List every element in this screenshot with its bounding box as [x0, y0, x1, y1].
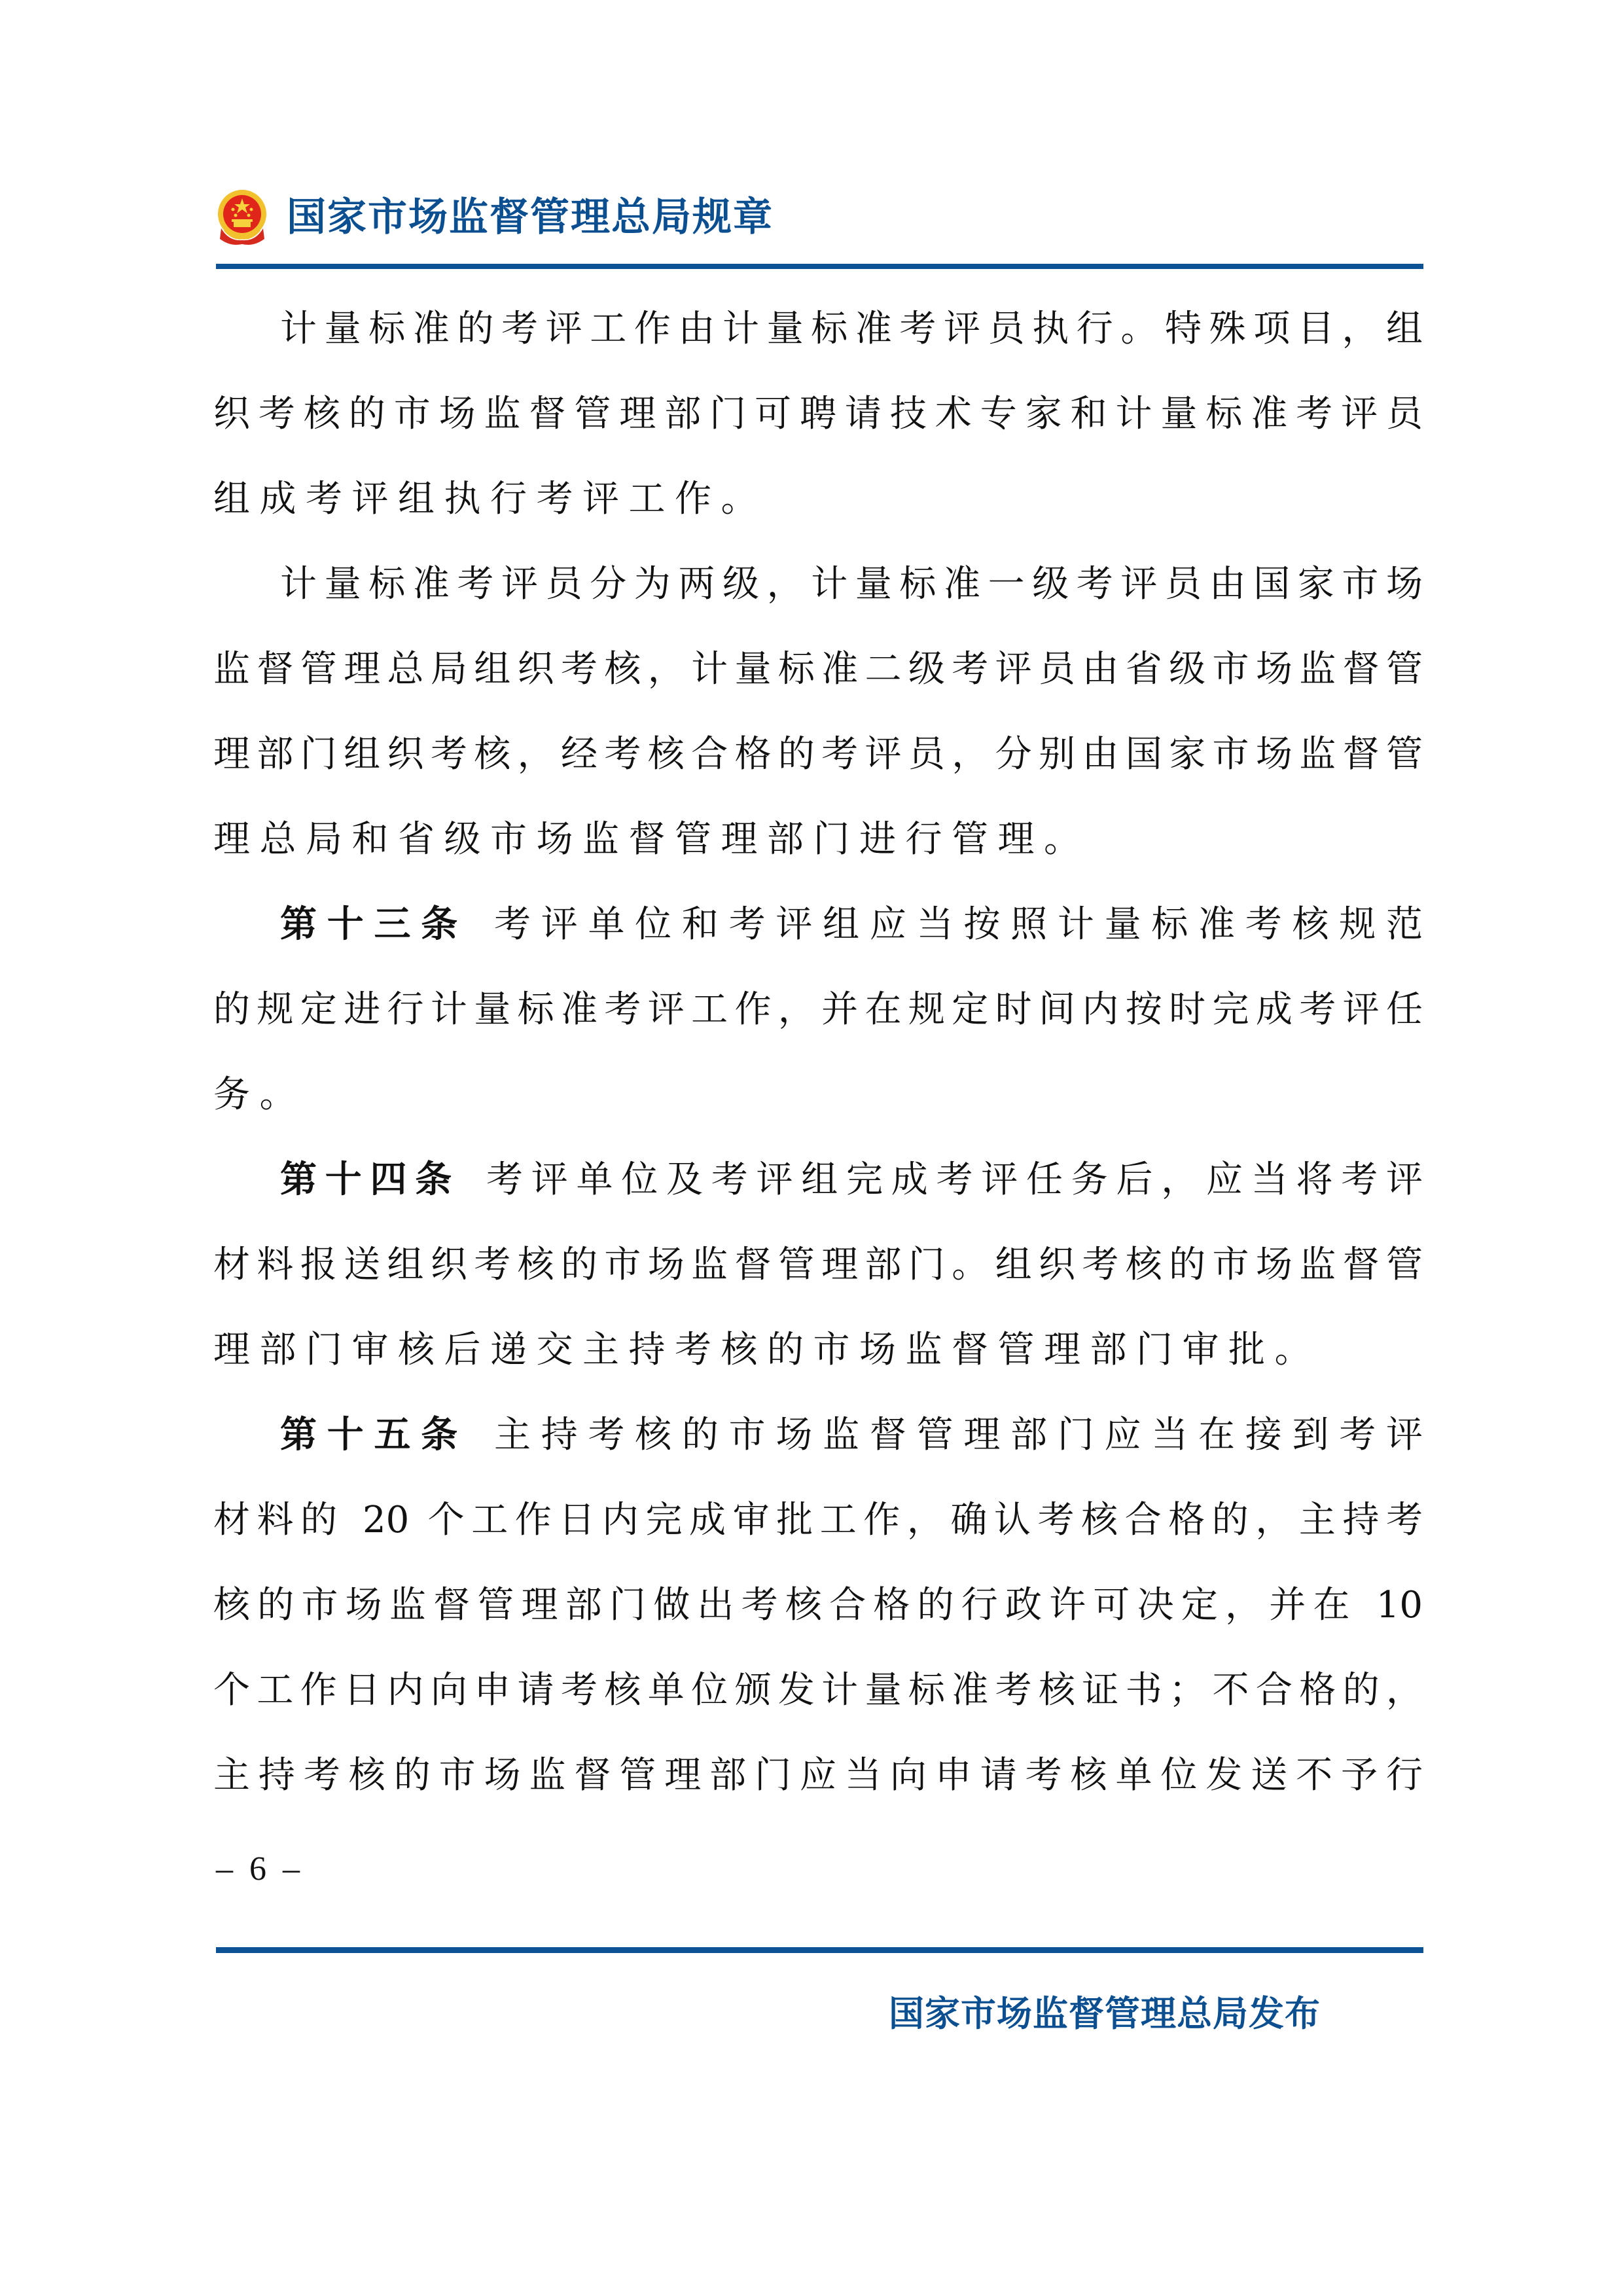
- article-15: 第十五条主持考核的市场监督管理部门应当在接到考评 材料的 20 个工作日内完成审…: [213, 1407, 1423, 1833]
- publisher-footer: 国家市场监督管理总局发布: [889, 1996, 1321, 2032]
- page-header: 国家市场监督管理总局规章: [216, 185, 774, 250]
- text-line: 的规定进行计量标准考评工作，并在规定时间内按时完成考评任: [213, 982, 1423, 1067]
- text-line: 组成考评组执行考评工作。: [213, 471, 1423, 556]
- text-line: 理部门组织考核，经考核合格的考评员，分别由国家市场监督管: [213, 726, 1423, 812]
- article-text: 考评单位及考评组完成考评任务后，应当将考评: [486, 1158, 1423, 1201]
- article-heading: 第十三条: [280, 903, 468, 946]
- text-line: 织考核的市场监督管理部门可聘请技术专家和计量标准考评员: [213, 386, 1423, 471]
- text-line: 材料报送组织考核的市场监督管理部门。组织考核的市场监督管: [213, 1237, 1423, 1322]
- text-line: 第十四条考评单位及考评组完成考评任务后，应当将考评: [213, 1152, 1423, 1237]
- article-text: 主持考核的市场监督管理部门应当在接到考评: [494, 1414, 1423, 1456]
- footer-divider: [216, 1947, 1423, 1953]
- paragraph: 计量标准的考评工作由计量标准考评员执行。特殊项目，组 织考核的市场监督管理部门可…: [213, 301, 1423, 556]
- text-line: 计量标准的考评工作由计量标准考评员执行。特殊项目，组: [213, 301, 1423, 386]
- text-line: 材料的 20 个工作日内完成审批工作，确认考核合格的，主持考: [213, 1492, 1423, 1577]
- text-line: 个工作日内向申请考核单位颁发计量标准考核证书；不合格的，: [213, 1662, 1423, 1748]
- article-heading: 第十五条: [280, 1414, 468, 1456]
- text-line: 理部门审核后递交主持考核的市场监督管理部门审批。: [213, 1322, 1423, 1407]
- text-line: 主持考核的市场监督管理部门应当向申请考核单位发送不予行: [213, 1748, 1423, 1833]
- paragraph: 计量标准考评员分为两级，计量标准一级考评员由国家市场 监督管理总局组织考核，计量…: [213, 556, 1423, 897]
- text-line: 第十三条考评单位和考评组应当按照计量标准考核规范: [213, 897, 1423, 982]
- text-line: 监督管理总局组织考核，计量标准二级考评员由省级市场监督管: [213, 641, 1423, 726]
- national-emblem-icon: [216, 188, 268, 247]
- document-body: 计量标准的考评工作由计量标准考评员执行。特殊项目，组 织考核的市场监督管理部门可…: [213, 301, 1423, 1833]
- text-line: 核的市场监督管理部门做出考核合格的行政许可决定，并在 10: [213, 1577, 1423, 1662]
- header-divider: [216, 264, 1423, 269]
- text-line: 计量标准考评员分为两级，计量标准一级考评员由国家市场: [213, 556, 1423, 641]
- text-line: 务。: [213, 1067, 1423, 1152]
- text-line: 第十五条主持考核的市场监督管理部门应当在接到考评: [213, 1407, 1423, 1492]
- page-number: – 6 –: [216, 1850, 304, 1889]
- page-header-title: 国家市场监督管理总局规章: [287, 198, 774, 237]
- text-line: 理总局和省级市场监督管理部门进行管理。: [213, 812, 1423, 897]
- article-heading: 第十四条: [280, 1158, 460, 1201]
- article-text: 考评单位和考评组应当按照计量标准考核规范: [494, 903, 1423, 946]
- article-13: 第十三条考评单位和考评组应当按照计量标准考核规范 的规定进行计量标准考评工作，并…: [213, 897, 1423, 1152]
- article-14: 第十四条考评单位及考评组完成考评任务后，应当将考评 材料报送组织考核的市场监督管…: [213, 1152, 1423, 1407]
